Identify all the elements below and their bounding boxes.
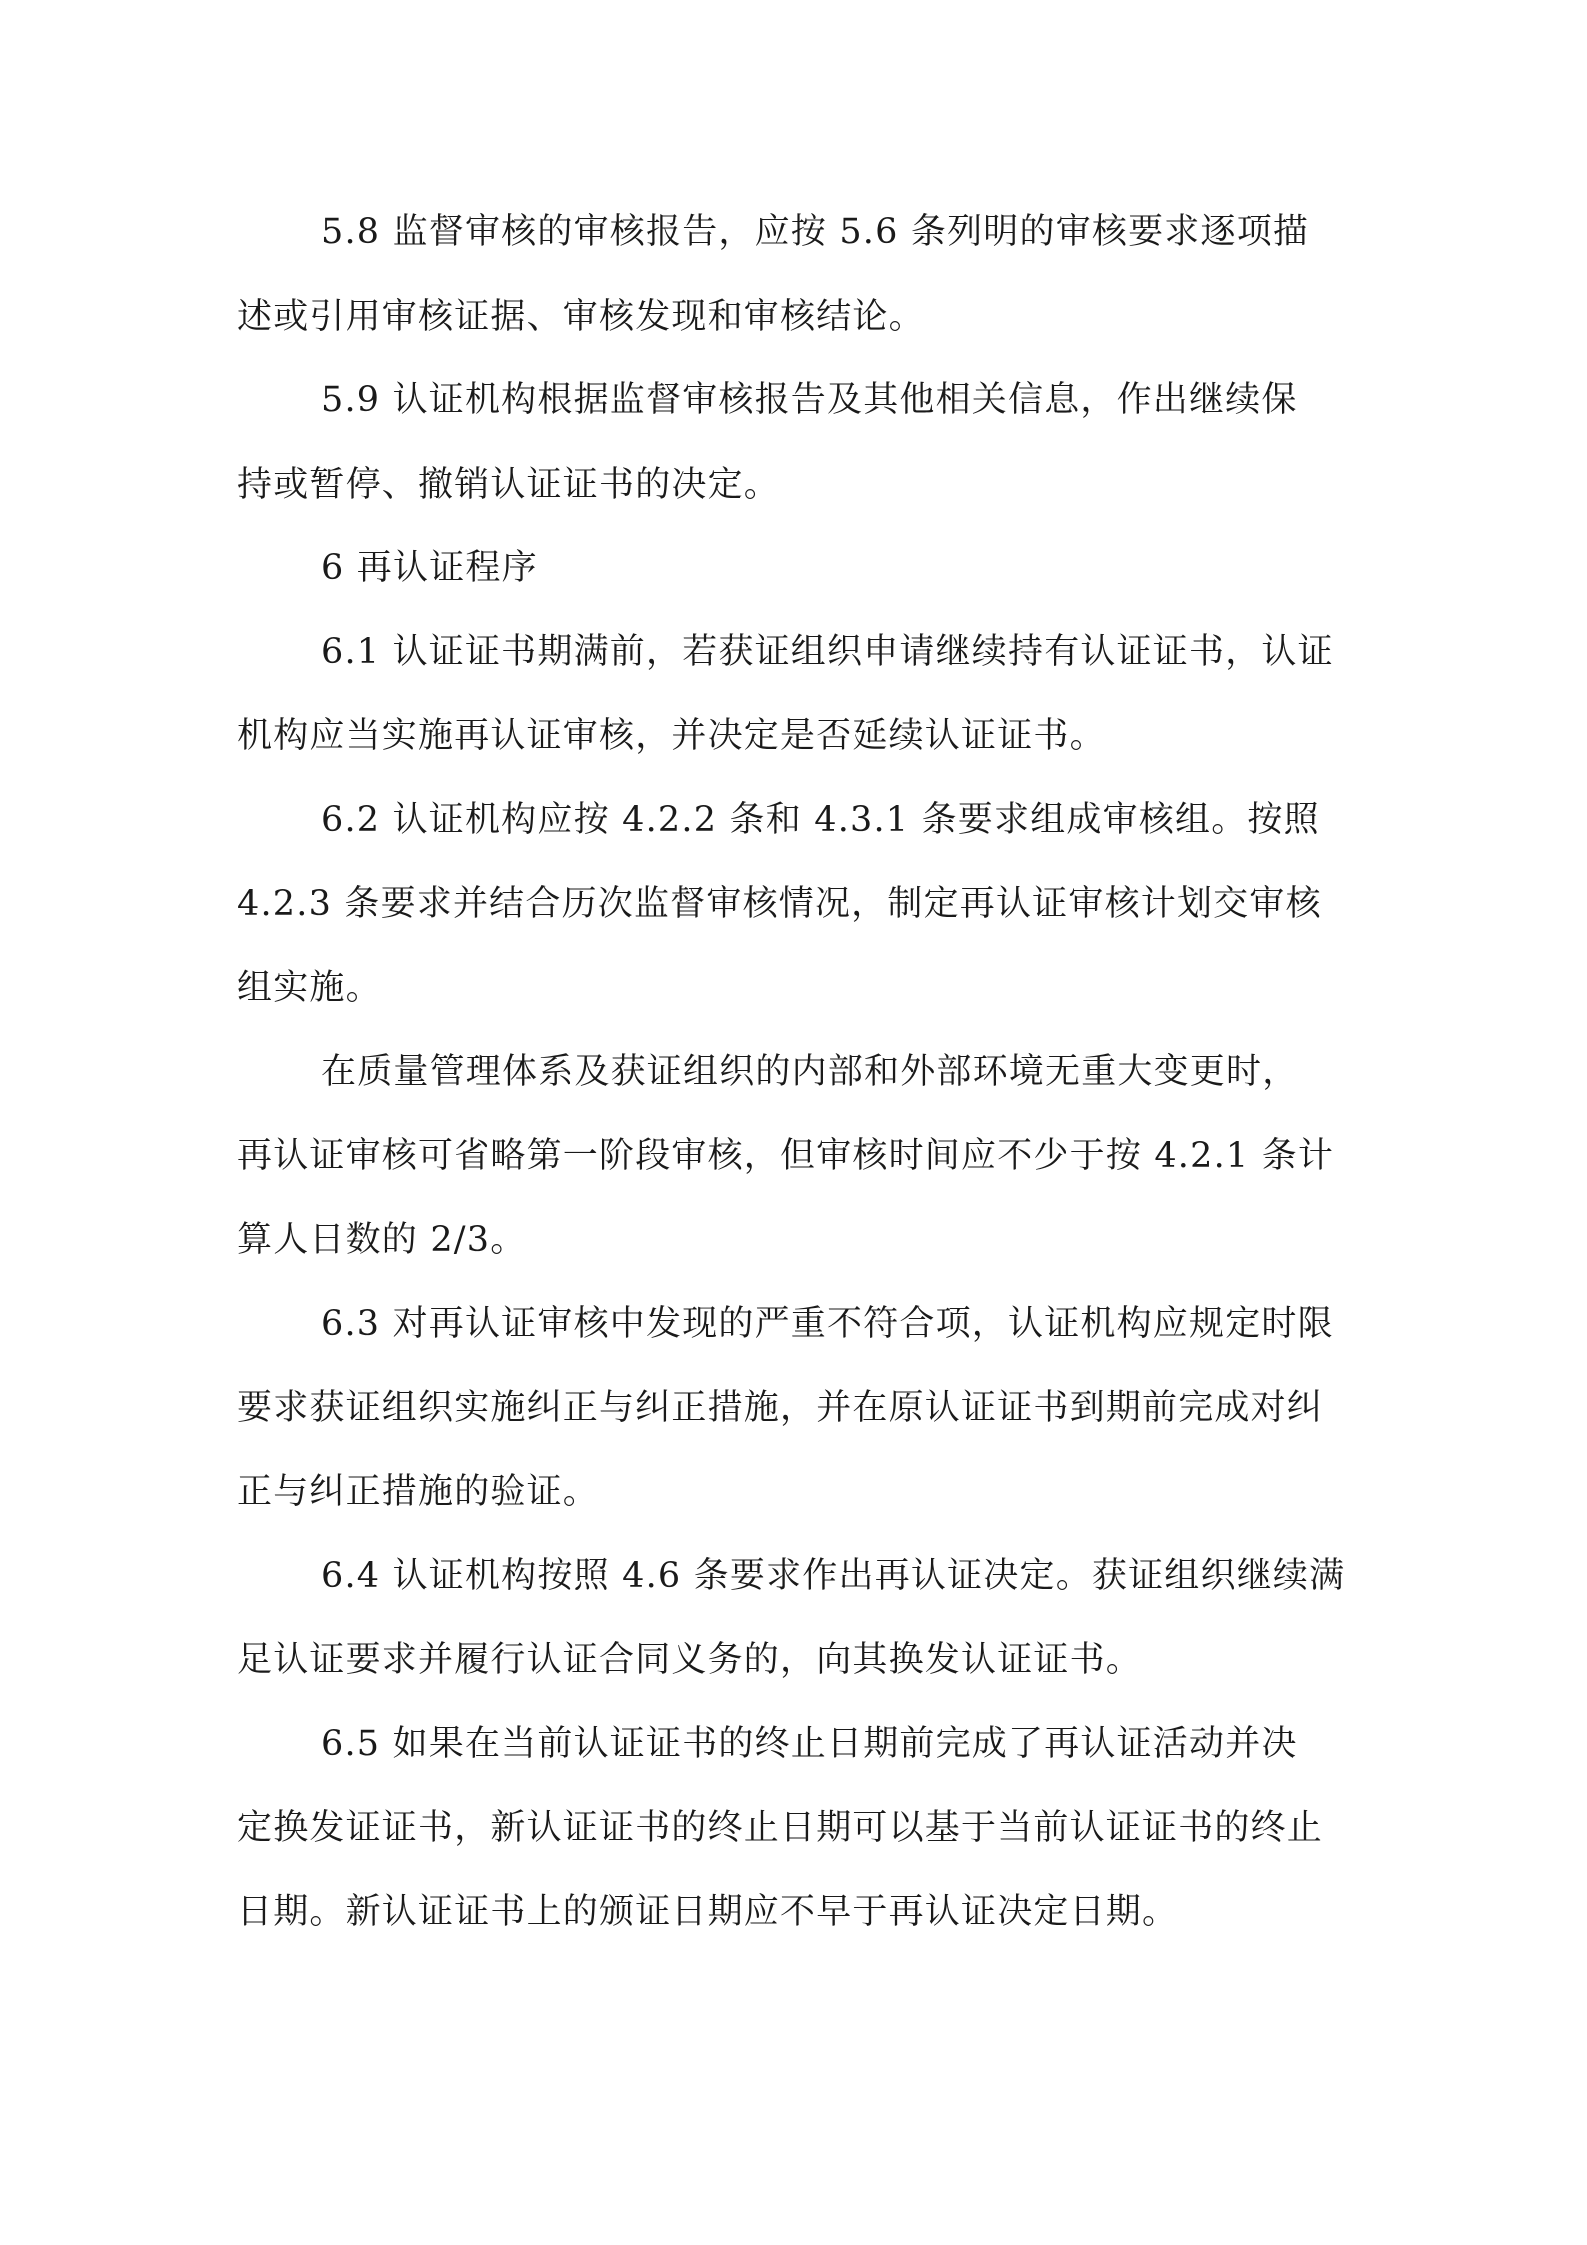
paragraph-6-3-line-2: 要求获证组织实施纠正与纠正措施，并在原认证证书到期前完成对纠 (237, 1388, 1323, 1428)
paragraph-5-8-line-1: 5.8 监督审核的审核报告，应按 5.6 条列明的审核要求逐项描 (321, 212, 1309, 252)
paragraph-6-3-line-3: 正与纠正措施的验证。 (237, 1472, 599, 1512)
paragraph-6-5-line-2: 定换发证证书，新认证证书的终止日期可以基于当前认证证书的终止 (237, 1808, 1323, 1848)
paragraph-5-9-line-2: 持或暂停、撤销认证证书的决定。 (237, 465, 780, 505)
paragraph-5-9-line-1: 5.9 认证机构根据监督审核报告及其他相关信息，作出继续保 (321, 380, 1298, 420)
paragraph-6-2-note-line-1: 在质量管理体系及获证组织的内部和外部环境无重大变更时， (321, 1052, 1298, 1092)
section-heading-6: 6 再认证程序 (321, 548, 538, 588)
paragraph-6-4-line-2: 足认证要求并履行认证合同义务的，向其换发认证证书。 (237, 1640, 1142, 1680)
paragraph-6-1-line-1: 6.1 认证证书期满前，若获证组织申请继续持有认证证书，认证 (321, 632, 1334, 672)
paragraph-6-1-line-2: 机构应当实施再认证审核，并决定是否延续认证证书。 (237, 716, 1106, 756)
paragraph-6-2-note-line-3: 算人日数的 2/3。 (237, 1220, 526, 1260)
paragraph-6-2-line-3: 组实施。 (237, 968, 382, 1008)
paragraph-5-8-line-2: 述或引用审核证据、审核发现和审核结论。 (237, 297, 925, 337)
paragraph-6-5-line-3: 日期。新认证证书上的颁证日期应不早于再认证决定日期。 (237, 1892, 1178, 1932)
document-page: 5.8 监督审核的审核报告，应按 5.6 条列明的审核要求逐项描 述或引用审核证… (0, 0, 1587, 2245)
paragraph-6-2-line-2: 4.2.3 条要求并结合历次监督审核情况，制定再认证审核计划交审核 (237, 884, 1322, 924)
paragraph-6-4-line-1: 6.4 认证机构按照 4.6 条要求作出再认证决定。获证组织继续满 (321, 1556, 1345, 1596)
paragraph-6-2-line-1: 6.2 认证机构应按 4.2.2 条和 4.3.1 条要求组成审核组。按照 (321, 800, 1320, 840)
paragraph-6-5-line-1: 6.5 如果在当前认证证书的终止日期前完成了再认证活动并决 (321, 1724, 1298, 1764)
paragraph-6-3-line-1: 6.3 对再认证审核中发现的严重不符合项，认证机构应规定时限 (321, 1304, 1334, 1344)
paragraph-6-2-note-line-2: 再认证审核可省略第一阶段审核，但审核时间应不少于按 4.2.1 条计 (237, 1136, 1334, 1176)
